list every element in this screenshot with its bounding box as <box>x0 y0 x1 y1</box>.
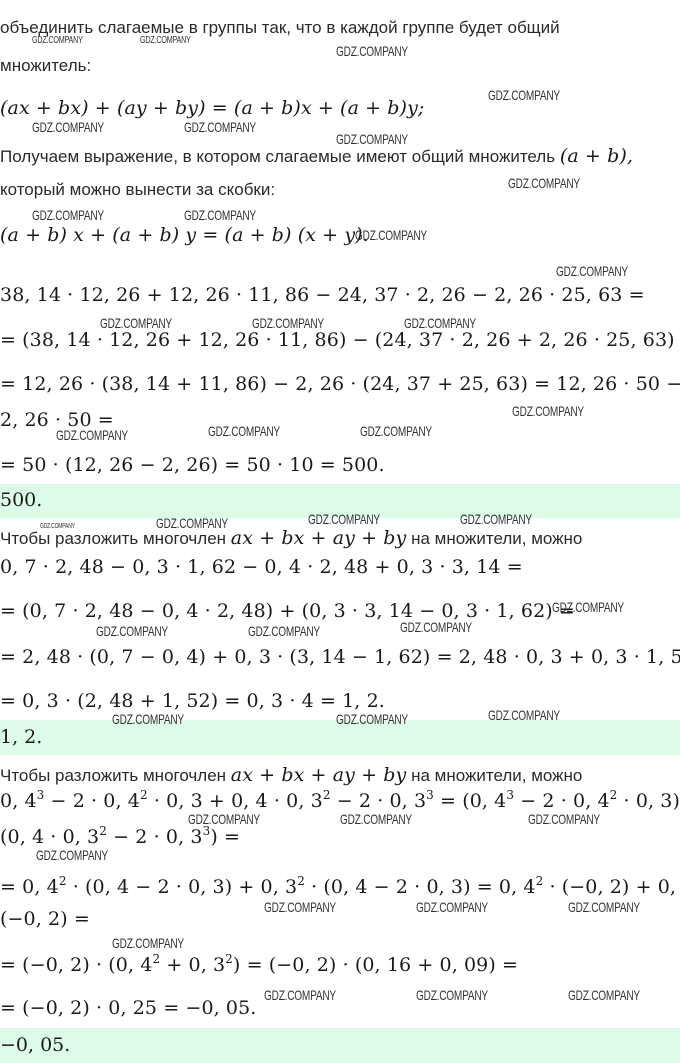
intro-text-line-2: множитель: <box>0 56 91 76</box>
problem3-line-3: = 0, 42 · (0, 4 − 2 · 0, 3) + 0, 32 · (0… <box>0 876 680 898</box>
watermark: GDZ.COMPANY <box>508 176 580 190</box>
problem2-line-4: = 0, 3 · (2, 48 + 1, 52) = 0, 3 · 4 = 1,… <box>0 690 385 712</box>
watermark: GDZ.COMPANY <box>488 708 560 722</box>
equation-factored: (a + b) x + (a + b) y = (a + b) (x + y). <box>0 224 369 246</box>
watermark: GDZ.COMPANY <box>512 404 584 418</box>
problem3-answer-band: −0, 05. <box>0 1028 680 1063</box>
intro-text-line-1: объединить слагаемые в группы так, что в… <box>0 18 560 38</box>
watermark: GDZ.COMPANY <box>156 516 228 530</box>
watermark: GDZ.COMPANY <box>96 624 168 638</box>
watermark: GDZ.COMPANY <box>188 812 260 826</box>
problem2-intro-math: ax + bx + ay + by <box>231 527 407 549</box>
watermark: GDZ.COMPANY <box>308 512 380 526</box>
problem3-intro: Чтобы разложить многочлен ax + bx + ay +… <box>0 764 582 786</box>
common-factor-math: (a + b), <box>560 145 633 167</box>
problem3-line-5: = (−0, 2) · (0, 42 + 0, 32) = (−0, 2) · … <box>0 954 518 976</box>
problem3-intro-math: ax + bx + ay + by <box>231 764 407 786</box>
watermark: GDZ.COMPANY <box>340 812 412 826</box>
watermark: GDZ.COMPANY <box>140 36 191 46</box>
watermark: GDZ.COMPANY <box>36 848 108 862</box>
watermark: GDZ.COMPANY <box>32 36 83 46</box>
watermark: GDZ.COMPANY <box>400 620 472 634</box>
take-out-text: который можно вынести за скобки: <box>0 180 275 200</box>
watermark: GDZ.COMPANY <box>252 316 324 330</box>
watermark: GDZ.COMPANY <box>336 712 408 726</box>
problem3-line-6: = (−0, 2) · 0, 25 = −0, 05. <box>0 997 256 1019</box>
watermark: GDZ.COMPANY <box>336 132 408 146</box>
watermark: GDZ.COMPANY <box>360 424 432 438</box>
problem2-line-2: = (0, 7 · 2, 48 − 0, 4 · 2, 48) + (0, 3 … <box>0 600 575 622</box>
watermark: GDZ.COMPANY <box>488 88 560 102</box>
watermark: GDZ.COMPANY <box>552 600 624 614</box>
problem1-answer: 500. <box>0 489 42 511</box>
common-factor-text: Получаем выражение, в котором слагаемые … <box>0 145 633 167</box>
watermark: GDZ.COMPANY <box>568 900 640 914</box>
watermark: GDZ.COMPANY <box>404 316 476 330</box>
problem1-line-2: = (38, 14 · 12, 26 + 12, 26 · 11, 86) − … <box>0 329 680 351</box>
watermark: GDZ.COMPANY <box>32 208 104 222</box>
watermark: GDZ.COMPANY <box>416 900 488 914</box>
problem2-line-3: = 2, 48 · (0, 7 − 0, 4) + 0, 3 · (3, 14 … <box>0 646 680 668</box>
problem3-intro-suffix: на множители, можно <box>411 766 582 785</box>
watermark: GDZ.COMPANY <box>40 523 75 530</box>
problem3-line-4: (−0, 2) = <box>0 908 90 930</box>
watermark: GDZ.COMPANY <box>112 712 184 726</box>
problem3-line-1: 0, 43 − 2 · 0, 42 · 0, 3 + 0, 4 · 0, 32 … <box>0 790 680 812</box>
watermark: GDZ.COMPANY <box>208 424 280 438</box>
problem1-line-3: = 12, 26 · (38, 14 + 11, 86) − 2, 26 · (… <box>0 373 680 395</box>
watermark: GDZ.COMPANY <box>264 900 336 914</box>
watermark: GDZ.COMPANY <box>355 228 427 242</box>
problem2-intro-suffix: на множители, можно <box>411 529 582 548</box>
watermark: GDZ.COMPANY <box>416 988 488 1002</box>
watermark: GDZ.COMPANY <box>264 988 336 1002</box>
problem2-intro-prefix: Чтобы разложить многочлен <box>0 529 226 548</box>
watermark: GDZ.COMPANY <box>32 120 104 134</box>
watermark: GDZ.COMPANY <box>568 988 640 1002</box>
watermark: GDZ.COMPANY <box>528 812 600 826</box>
watermark: GDZ.COMPANY <box>460 512 532 526</box>
watermark: GDZ.COMPANY <box>100 316 172 330</box>
common-factor-text-prefix: Получаем выражение, в котором слагаемые … <box>0 147 555 166</box>
watermark: GDZ.COMPANY <box>184 208 256 222</box>
problem3-intro-prefix: Чтобы разложить многочлен <box>0 766 226 785</box>
watermark: GDZ.COMPANY <box>184 120 256 134</box>
problem2-answer: 1, 2. <box>0 726 42 748</box>
problem2-intro: Чтобы разложить многочлен ax + bx + ay +… <box>0 527 582 549</box>
watermark: GDZ.COMPANY <box>556 264 628 278</box>
equation-grouping: (ax + bx) + (ay + by) = (a + b)x + (a + … <box>0 97 424 119</box>
watermark: GDZ.COMPANY <box>112 936 184 950</box>
watermark: GDZ.COMPANY <box>248 624 320 638</box>
problem3-line-2: (0, 4 · 0, 32 − 2 · 0, 33) = <box>0 826 240 848</box>
problem1-line-5: = 50 · (12, 26 − 2, 26) = 50 · 10 = 500. <box>0 454 385 476</box>
watermark: GDZ.COMPANY <box>336 44 408 58</box>
problem1-line-1: 38, 14 · 12, 26 + 12, 26 · 11, 86 − 24, … <box>0 284 645 306</box>
problem3-answer: −0, 05. <box>0 1034 70 1056</box>
watermark: GDZ.COMPANY <box>56 428 128 442</box>
problem2-line-1: 0, 7 · 2, 48 − 0, 3 · 1, 62 − 0, 4 · 2, … <box>0 556 523 578</box>
